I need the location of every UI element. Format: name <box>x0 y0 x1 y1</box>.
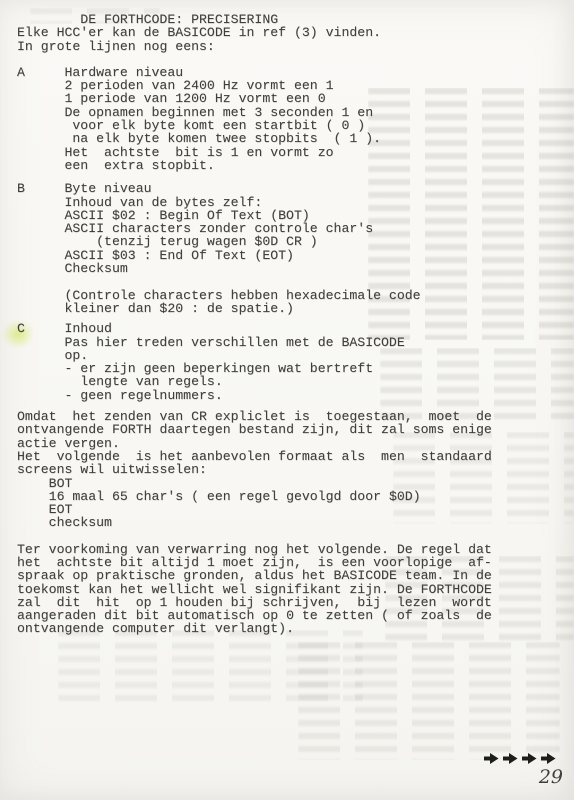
right-arrow-icon <box>503 752 518 765</box>
section-a-marker: A <box>17 66 25 79</box>
section-c-inhoud: C Inhoud Pas hier treden verschillen met… <box>17 322 557 402</box>
right-arrow-icon <box>541 752 556 765</box>
page-title: DE FORTHCODE: PRECISERING <box>80 13 557 26</box>
typewritten-content: DE FORTHCODE: PRECISERING Elke HCC'er ka… <box>17 13 557 636</box>
section-c-marker: C <box>17 322 25 335</box>
paragraph-achtste-bit: Ter voorkoming van verwarring nog het vo… <box>17 543 557 636</box>
right-arrow-icon <box>484 752 499 765</box>
section-b-body: Byte niveau Inhoud van de bytes zelf: AS… <box>64 182 557 315</box>
bleedthrough-texture <box>298 642 560 760</box>
section-a-hardware-niveau: A Hardware niveau 2 perioden van 2400 Hz… <box>17 66 557 172</box>
section-c-body: Inhoud Pas hier treden verschillen met d… <box>64 322 557 402</box>
bleedthrough-texture <box>58 630 363 702</box>
section-b-byte-niveau: B Byte niveau Inhoud van de bytes zelf: … <box>17 182 557 315</box>
right-arrow-icon <box>522 752 537 765</box>
section-b-marker: B <box>17 182 25 195</box>
paragraph-aanbevolen-formaat: Omdat het zenden van CR expliclet is toe… <box>17 410 557 530</box>
section-a-body: Hardware niveau 2 perioden van 2400 Hz v… <box>64 66 557 172</box>
scanned-document-page: DE FORTHCODE: PRECISERING Elke HCC'er ka… <box>0 0 574 800</box>
intro-text: Elke HCC'er kan de BASICODE in ref (3) v… <box>17 26 557 53</box>
page-number: 29 <box>539 766 563 788</box>
continuation-arrows <box>484 752 556 765</box>
